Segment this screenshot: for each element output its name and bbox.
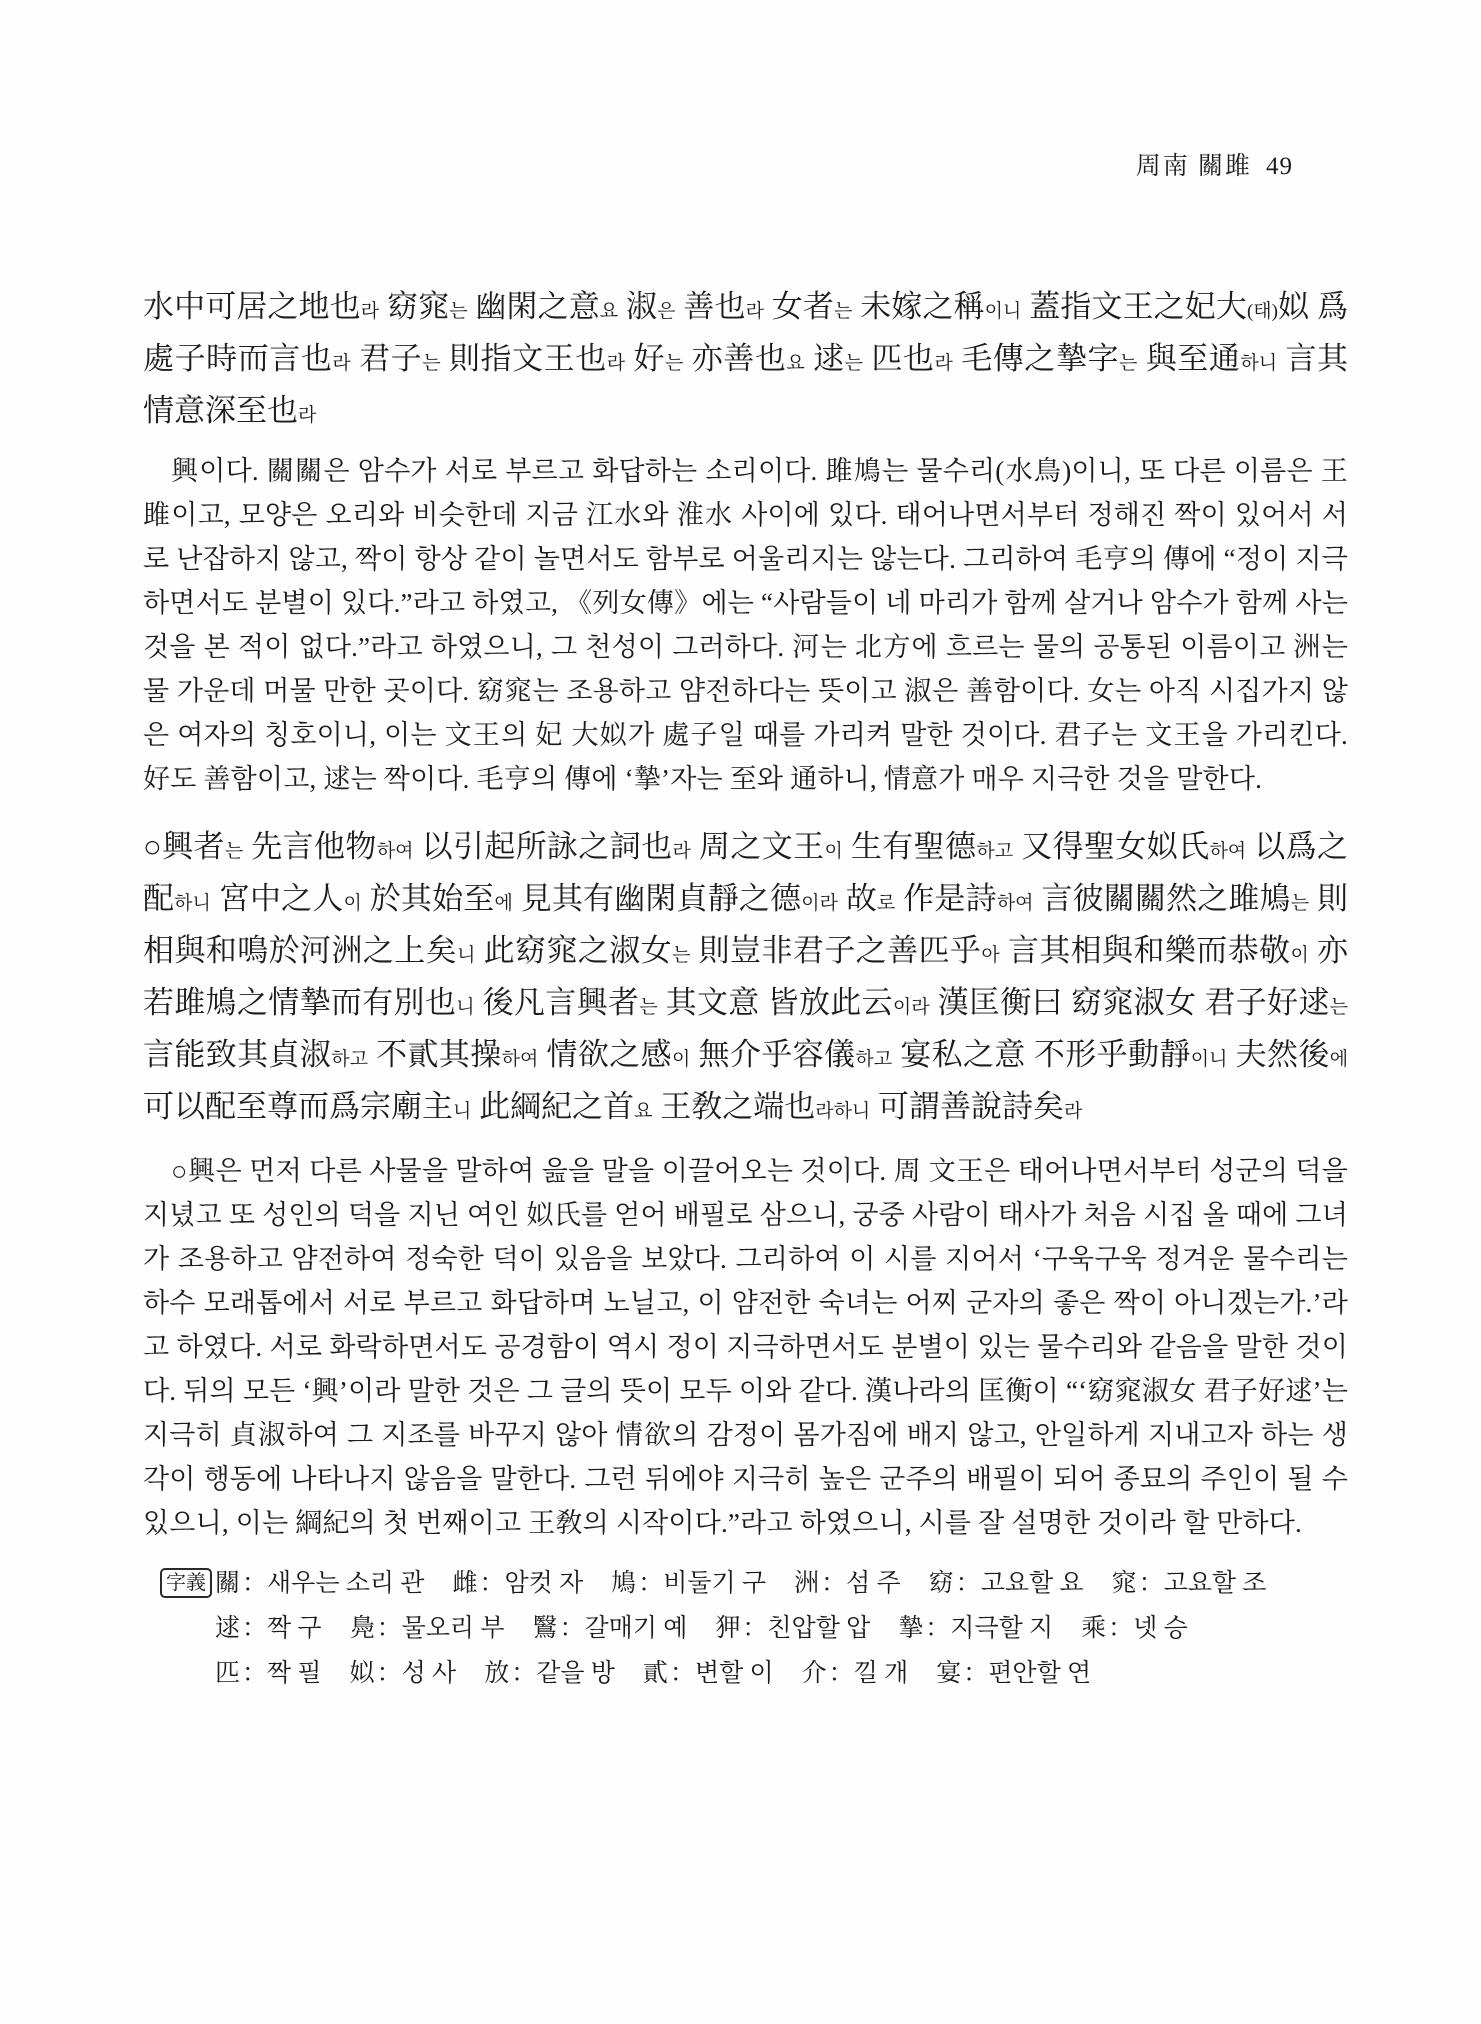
glossary-character: 鳧 xyxy=(350,1615,375,1642)
hanja-run: 不貳其操 xyxy=(368,1037,502,1072)
hangul-particle: 니 xyxy=(457,945,475,966)
glossary-meaning: 지극할 지 xyxy=(950,1615,1053,1642)
glossary-character: 放 xyxy=(484,1660,509,1687)
glossary-character: 鳩 xyxy=(611,1570,636,1597)
hangul-particle: 라 xyxy=(332,353,350,374)
glossary-character: 匹 xyxy=(215,1660,240,1687)
hangul-particle: 이 xyxy=(1291,945,1309,966)
glossary-meaning: 짝 필 xyxy=(267,1660,322,1687)
hanja-run: 其文意 皆放此云 xyxy=(658,985,893,1020)
glossary-meaning: 낄 개 xyxy=(854,1660,909,1687)
glossary-entry: 窈：고요할 요 xyxy=(929,1570,1084,1597)
glossary-meaning: 섬 주 xyxy=(846,1570,901,1597)
hanja-run: 故 xyxy=(838,881,877,916)
hanja-run: 言其相與和樂而恭敬 xyxy=(1000,933,1291,968)
glossary-character: 窈 xyxy=(929,1570,954,1597)
glossary-entry: 鳩：비둘기 구 xyxy=(611,1570,766,1597)
hangul-particle: 는 xyxy=(845,353,863,374)
hanja-run: 後凡言興者 xyxy=(475,985,640,1020)
hanja-run: 亦善也 xyxy=(683,341,786,376)
hangul-particle: 는 xyxy=(225,841,243,862)
glossary-entry: 放：같을 방 xyxy=(484,1660,615,1687)
hanja-commentary-block-2: ○興者는 先言他物하여 以引起所詠之詞也라 周之文王이 生有聖德하고 又得聖女姒… xyxy=(143,823,1348,1135)
glossary-section: 字義 關：새우는 소리 관雌：암컷 자鳩：비둘기 구洲：섬 주窈：고요할 요窕：… xyxy=(143,1561,1348,1696)
hangul-particle: 이라 xyxy=(893,997,930,1018)
hangul-particle: 이 xyxy=(343,893,361,914)
hangul-particle: 는 xyxy=(1291,893,1309,914)
hangul-particle: (태) xyxy=(1247,301,1278,322)
running-title: 周南 關雎 xyxy=(1136,153,1252,180)
hangul-particle: 라 xyxy=(746,301,764,322)
hanja-run: 可謂善說詩矣 xyxy=(870,1089,1064,1124)
hanja-run: 則指文王也 xyxy=(441,341,607,376)
korean-translation-2: ○興은 먼저 다른 사물을 말하여 읊을 말을 이끌어오는 것이다. 周 文王은… xyxy=(143,1149,1348,1545)
hanja-run: 與至通 xyxy=(1137,341,1240,376)
hangul-particle: 는 xyxy=(449,301,467,322)
glossary-entry: 匹：짝 필 xyxy=(215,1660,322,1687)
hangul-particle: 이니 xyxy=(1191,1049,1228,1070)
hanja-run: 好 xyxy=(625,341,665,376)
hangul-particle: 은 xyxy=(657,301,675,322)
glossary-meaning: 짝 구 xyxy=(267,1615,322,1642)
hanja-run: 未嫁之稱 xyxy=(852,289,984,324)
hangul-particle: 하고 xyxy=(976,841,1013,862)
glossary-line: 關：새우는 소리 관雌：암컷 자鳩：비둘기 구洲：섬 주窈：고요할 요窕：고요할… xyxy=(215,1561,1348,1606)
hangul-particle: 하여 xyxy=(377,841,414,862)
hanja-run: 先言他物 xyxy=(243,829,377,864)
glossary-entry: 乘：넷 승 xyxy=(1081,1615,1188,1642)
hangul-particle: 이 xyxy=(824,841,842,862)
glossary-character: 摯 xyxy=(898,1615,923,1642)
glossary-entry: 介：낄 개 xyxy=(802,1660,909,1687)
hanja-run: 作是詩 xyxy=(895,881,996,916)
hanja-run: 言能致其貞淑 xyxy=(143,1037,331,1072)
hangul-particle: 하여 xyxy=(502,1049,539,1070)
hanja-run: ○興者 xyxy=(143,829,225,864)
hanja-run: 於其始至 xyxy=(362,881,495,916)
glossary-character: 狎 xyxy=(715,1615,740,1642)
glossary-entry: 雌：암컷 자 xyxy=(452,1570,583,1597)
glossary-meaning: 암컷 자 xyxy=(504,1570,583,1597)
hanja-run: 言彼關關然之雎鳩 xyxy=(1034,881,1291,916)
hangul-particle: 하여 xyxy=(997,893,1034,914)
hangul-particle: 는 xyxy=(665,353,683,374)
glossary-meaning: 편안할 연 xyxy=(988,1660,1091,1687)
hangul-particle: 라 xyxy=(673,841,691,862)
hanja-run: 無介乎容儀 xyxy=(690,1037,855,1072)
hangul-particle: 는 xyxy=(422,353,440,374)
hanja-run: 王敎之端也 xyxy=(652,1089,815,1124)
hanja-run: 漢匡衡曰 窈窕淑女 君子好逑 xyxy=(930,985,1330,1020)
hanja-run: 窈窕 xyxy=(379,289,449,324)
hanja-run: 以引起所詠之詞也 xyxy=(413,829,672,864)
hanja-commentary-block-1: 水中可居之地也라 窈窕는 幽閑之意요 淑은 善也라 女者는 未嫁之稱이니 蓋指文… xyxy=(143,283,1348,439)
hangul-particle: 라하니 xyxy=(815,1101,870,1122)
glossary-meaning: 성 사 xyxy=(402,1660,457,1687)
hanja-run: 宴私之意 不形乎動靜 xyxy=(892,1037,1191,1072)
glossary-entry: 窕：고요할 조 xyxy=(1112,1570,1267,1597)
hanja-run: 女者 xyxy=(764,289,834,324)
page-number: 49 xyxy=(1266,153,1293,180)
hangul-particle: 라 xyxy=(361,301,379,322)
hanja-run: 蓋指文王之妃大 xyxy=(1021,289,1247,324)
glossary-line: 匹：짝 필姒：성 사放：같을 방貳：변할 이介：낄 개宴：편안할 연 xyxy=(215,1651,1348,1696)
hangul-particle: 라 xyxy=(298,405,316,426)
hanja-run: 君子 xyxy=(351,341,422,376)
hangul-particle: 라 xyxy=(607,353,625,374)
hanja-run: 此窈窕之淑女 xyxy=(475,933,672,968)
glossary-character: 窕 xyxy=(1112,1570,1137,1597)
glossary-entry: 貳：변할 이 xyxy=(643,1660,774,1687)
glossary-entry: 鳧：물오리 부 xyxy=(350,1615,505,1642)
hangul-particle: 요 xyxy=(600,301,618,322)
hanja-run: 夫然後 xyxy=(1227,1037,1329,1072)
hangul-particle: 에 xyxy=(494,893,512,914)
hangul-particle: 하고 xyxy=(855,1049,892,1070)
glossary-entries: 關：새우는 소리 관雌：암컷 자鳩：비둘기 구洲：섬 주窈：고요할 요窕：고요할… xyxy=(215,1561,1348,1696)
hanja-run: 淑 xyxy=(618,289,657,324)
page-content: 水中可居之地也라 窈窕는 幽閑之意요 淑은 善也라 女者는 未嫁之稱이니 蓋指文… xyxy=(143,283,1348,1696)
hanja-run: 幽閑之意 xyxy=(468,289,600,324)
hangul-particle: 는 xyxy=(672,945,690,966)
korean-translation-1: 興이다. 關關은 암수가 서로 부르고 화답하는 소리이다. 雎鳩는 물수리(水… xyxy=(143,449,1348,801)
hanja-run: 逑 xyxy=(805,341,845,376)
hanja-run: 善也 xyxy=(676,289,746,324)
glossary-meaning: 고요할 요 xyxy=(981,1570,1084,1597)
hangul-particle: 이 xyxy=(672,1049,690,1070)
hangul-particle: 니 xyxy=(456,997,474,1018)
book-page: 周南 關雎49 水中可居之地也라 窈窕는 幽閑之意요 淑은 善也라 女者는 未嫁… xyxy=(0,0,1481,2024)
glossary-character: 逑 xyxy=(215,1615,240,1642)
glossary-character: 姒 xyxy=(350,1660,375,1687)
glossary-meaning: 같을 방 xyxy=(536,1660,615,1687)
glossary-entry: 摯：지극할 지 xyxy=(898,1615,1053,1642)
glossary-label: 字義 xyxy=(160,1568,212,1598)
hangul-particle: 에 xyxy=(1330,1049,1348,1070)
glossary-character: 宴 xyxy=(936,1660,961,1687)
hangul-particle: 하고 xyxy=(331,1049,368,1070)
hangul-particle: 는 xyxy=(1330,997,1348,1018)
hangul-particle: 이니 xyxy=(985,301,1022,322)
hanja-run: 又得聖女姒氏 xyxy=(1013,829,1209,864)
glossary-entry: 姒：성 사 xyxy=(350,1660,457,1687)
hangul-particle: 로 xyxy=(877,893,895,914)
glossary-character: 洲 xyxy=(794,1570,819,1597)
glossary-line: 逑：짝 구鳧：물오리 부鷖：갈매기 예狎：친압할 압摯：지극할 지乘：넷 승 xyxy=(215,1606,1348,1651)
hangul-particle: 요 xyxy=(786,353,804,374)
hangul-particle: 요 xyxy=(634,1101,652,1122)
hangul-particle: 는 xyxy=(1119,353,1137,374)
hanja-run: 此綱紀之首 xyxy=(471,1089,634,1124)
glossary-character: 介 xyxy=(802,1660,827,1687)
hanja-run: 可以配至尊而爲宗廟主 xyxy=(143,1089,453,1124)
glossary-meaning: 비둘기 구 xyxy=(663,1570,766,1597)
hanja-run: 情欲之感 xyxy=(538,1037,672,1072)
glossary-meaning: 갈매기 예 xyxy=(585,1615,688,1642)
glossary-meaning: 변할 이 xyxy=(695,1660,774,1687)
glossary-character: 鷖 xyxy=(532,1615,557,1642)
hangul-particle: 니 xyxy=(453,1101,471,1122)
hangul-particle: 라 xyxy=(935,353,953,374)
hanja-run: 見其有幽閑貞靜之德 xyxy=(513,881,801,916)
hangul-particle: 아 xyxy=(981,945,999,966)
glossary-meaning: 넷 승 xyxy=(1133,1615,1188,1642)
glossary-entry: 狎：친압할 압 xyxy=(715,1615,870,1642)
hanja-run: 毛傳之摯字 xyxy=(953,341,1119,376)
glossary-meaning: 고요할 조 xyxy=(1164,1570,1267,1597)
hangul-particle: 하니 xyxy=(1240,353,1277,374)
running-head: 周南 關雎49 xyxy=(1136,146,1293,182)
hangul-particle: 하여 xyxy=(1209,841,1246,862)
hangul-particle: 이라 xyxy=(801,893,838,914)
hangul-particle: 라 xyxy=(1064,1101,1082,1122)
glossary-entry: 關：새우는 소리 관 xyxy=(215,1570,424,1597)
hanja-run: 則豈非君子之善匹乎 xyxy=(690,933,981,968)
glossary-meaning: 친압할 압 xyxy=(767,1615,870,1642)
hanja-run: 生有聖德 xyxy=(843,829,977,864)
glossary-character: 關 xyxy=(215,1570,240,1597)
hanja-run: 周之文王 xyxy=(691,829,825,864)
hangul-particle: 는 xyxy=(834,301,852,322)
glossary-character: 貳 xyxy=(643,1660,668,1687)
glossary-meaning: 새우는 소리 관 xyxy=(267,1570,424,1597)
hanja-run: 宮中之人 xyxy=(211,881,344,916)
hangul-particle: 하니 xyxy=(174,893,211,914)
glossary-character: 乘 xyxy=(1081,1615,1106,1642)
hangul-particle: 는 xyxy=(639,997,657,1018)
hanja-run: 匹也 xyxy=(863,341,934,376)
glossary-entry: 逑：짝 구 xyxy=(215,1615,322,1642)
hanja-run: 水中可居之地也 xyxy=(143,289,361,324)
glossary-meaning: 물오리 부 xyxy=(402,1615,505,1642)
glossary-character: 雌 xyxy=(452,1570,477,1597)
glossary-entry: 洲：섬 주 xyxy=(794,1570,901,1597)
glossary-entry: 宴：편안할 연 xyxy=(936,1660,1091,1687)
glossary-entry: 鷖：갈매기 예 xyxy=(532,1615,687,1642)
